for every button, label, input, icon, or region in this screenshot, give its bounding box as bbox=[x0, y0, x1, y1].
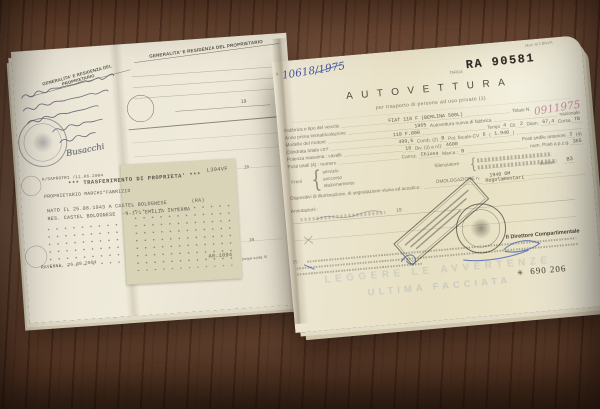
plate-label: TARGA bbox=[449, 69, 463, 75]
photo-vehicle-registration-booklet: GENERALITA' E RESIDENZA DEL PROPRIETARIO… bbox=[0, 0, 600, 409]
field-value: 1.940 bbox=[492, 130, 511, 138]
section-divider bbox=[129, 116, 286, 131]
director-signature-label: Il Direttore Compartimentale bbox=[506, 226, 596, 240]
birth-province: (RA) bbox=[192, 198, 205, 204]
year-prefix: 19 bbox=[244, 164, 249, 169]
year-prefix: 19 bbox=[396, 207, 402, 213]
doc-number-label: N. bbox=[276, 72, 280, 76]
form-model-note: Mod. M 2 BN1/A bbox=[525, 40, 553, 48]
brace-glyph: { bbox=[310, 167, 322, 191]
year-prefix: 19 bbox=[241, 99, 247, 105]
field-value: 1965 bbox=[412, 122, 428, 129]
decibel-label: decibel bbox=[539, 160, 554, 167]
year-prefix: 19 bbox=[249, 237, 254, 242]
decibel-value: 83 bbox=[564, 156, 575, 163]
ruled-line bbox=[132, 132, 286, 143]
field-label: Diam. bbox=[525, 120, 541, 127]
field-label: Cil. bbox=[508, 122, 518, 128]
field-value: 70 bbox=[572, 116, 582, 123]
ruled-line bbox=[133, 88, 285, 99]
left-page: GENERALITA' E RESIDENZA DEL PROPRIETARIO… bbox=[11, 33, 305, 324]
star-icon: ✳ bbox=[517, 268, 524, 277]
ruled-line bbox=[132, 66, 284, 77]
field-label: Comb. (2) bbox=[415, 136, 440, 144]
field-label: Marca : bbox=[440, 149, 459, 156]
field-label: Corsa bbox=[556, 118, 572, 125]
field-value: 18 bbox=[403, 146, 413, 153]
owner-name-line: PROPRIETARIO MARCHI*FABRIZIO bbox=[44, 188, 131, 200]
page-footer-note: (segue a pag. 6) bbox=[242, 255, 268, 261]
field-value: Chiusa bbox=[418, 150, 440, 158]
field-label: Carroz. bbox=[400, 153, 419, 160]
date-line: 19 bbox=[237, 160, 277, 169]
ruled-line bbox=[134, 146, 287, 157]
freni-item: stazionamento bbox=[323, 180, 354, 189]
silenziatore-label: Silenziatore bbox=[434, 161, 459, 169]
right-page-autovettura: N. 10618/1975 TARGA RA 90581 Mod. M 2 BN… bbox=[272, 35, 600, 333]
footnote-marker: (*) bbox=[293, 260, 298, 265]
field-label: ) bbox=[511, 130, 516, 136]
field-value: B bbox=[459, 148, 467, 155]
annotations-label: Annotazioni : bbox=[291, 207, 319, 215]
field-value: 67,4 bbox=[540, 118, 556, 125]
doc-number-handwritten: 10618/1975 bbox=[281, 60, 346, 82]
stamp-placeholder-circle bbox=[21, 175, 42, 196]
date-line: 19 bbox=[242, 232, 282, 241]
field-label: Telaio N. bbox=[510, 107, 532, 114]
freni-label: Freni bbox=[291, 179, 302, 185]
field-label: Tempi bbox=[485, 124, 501, 131]
freni-items: servizio soccorso stazionamento bbox=[322, 166, 355, 189]
field-label: (4) bbox=[574, 131, 583, 137]
field-value: 4600 bbox=[444, 141, 460, 148]
license-plate-stamp: RA 90581 bbox=[465, 51, 536, 72]
date-line bbox=[175, 98, 270, 112]
ruled-line bbox=[133, 77, 285, 88]
field-value: 365 bbox=[571, 138, 584, 145]
